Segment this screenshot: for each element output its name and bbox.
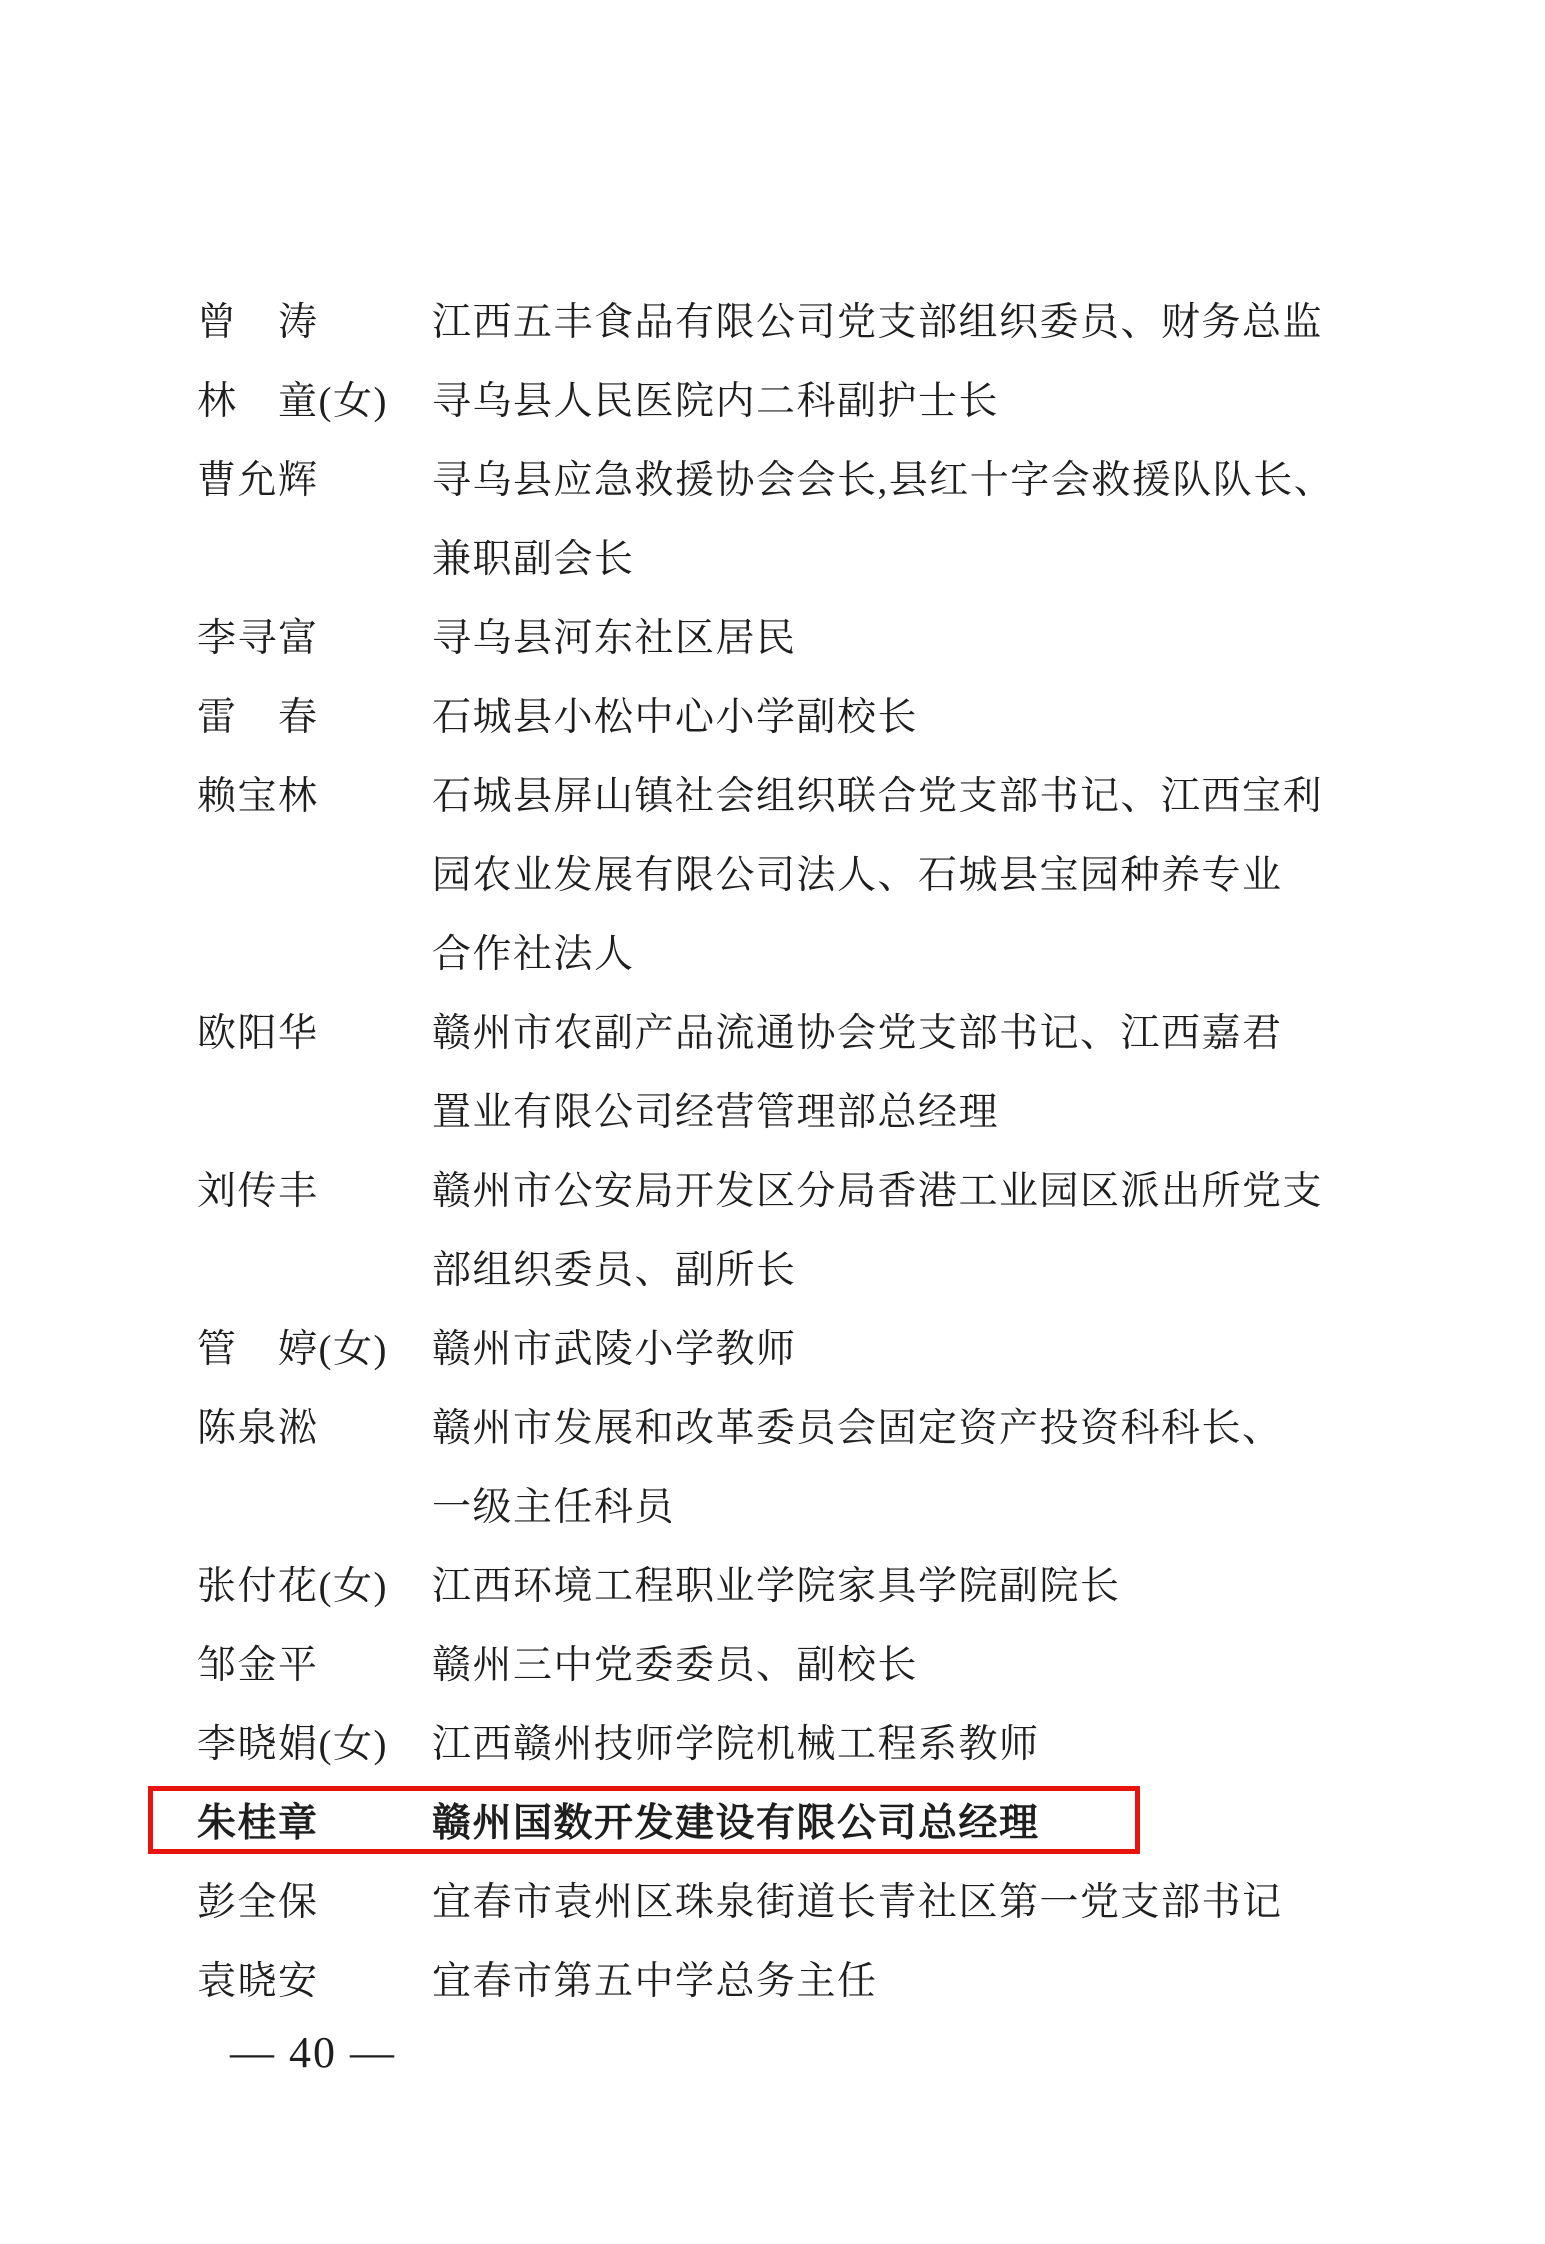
title-line: 赣州市发展和改革委员会固定资产投资科科长、 (432, 1389, 1545, 1468)
person-title: 石城县屏山镇社会组织联合党支部书记、江西宝利园农业发展有限公司法人、石城县宝园种… (432, 757, 1545, 994)
person-title: 赣州市公安局开发区分局香港工业园区派出所党支部组织委员、副所长 (432, 1152, 1545, 1310)
list-entry: 李晓娟(女) 江西赣州技师学院机械工程系教师 (0, 1705, 1545, 1784)
list-entry: 陈泉淞 赣州市发展和改革委员会固定资产投资科科长、一级主任科员 (0, 1389, 1545, 1547)
list-entry: 袁晓安 宜春市第五中学总务主任 (0, 1942, 1545, 2021)
title-line: 石城县小松中心小学副校长 (432, 678, 1545, 757)
person-title: 江西赣州技师学院机械工程系教师 (432, 1705, 1545, 1784)
award-name-list: 曾 涛 江西五丰食品有限公司党支部组织委员、财务总监 林 童(女) 寻乌县人民医… (0, 283, 1545, 2021)
person-title: 江西五丰食品有限公司党支部组织委员、财务总监 (432, 283, 1545, 362)
person-title: 赣州三中党委委员、副校长 (432, 1626, 1545, 1705)
title-line: 置业有限公司经营管理部总经理 (432, 1073, 1545, 1152)
list-entry: 雷 春 石城县小松中心小学副校长 (0, 678, 1545, 757)
list-entry: 刘传丰 赣州市公安局开发区分局香港工业园区派出所党支部组织委员、副所长 (0, 1152, 1545, 1310)
person-title: 赣州市农副产品流通协会党支部书记、江西嘉君置业有限公司经营管理部总经理 (432, 994, 1545, 1152)
person-title: 宜春市袁州区珠泉街道长青社区第一党支部书记 (432, 1863, 1545, 1942)
person-title: 赣州国数开发建设有限公司总经理 (432, 1784, 1545, 1863)
person-title: 宜春市第五中学总务主任 (432, 1942, 1545, 2021)
title-line: 江西环境工程职业学院家具学院副院长 (432, 1547, 1545, 1626)
person-title: 江西环境工程职业学院家具学院副院长 (432, 1547, 1545, 1626)
list-entry: 张付花(女) 江西环境工程职业学院家具学院副院长 (0, 1547, 1545, 1626)
person-name: 彭全保 (197, 1863, 319, 1942)
person-name: 陈泉淞 (197, 1389, 319, 1468)
person-title: 赣州市武陵小学教师 (432, 1310, 1545, 1389)
person-name: 雷 春 (197, 678, 319, 757)
list-entry: 曹允辉 寻乌县应急救援协会会长,县红十字会救援队队长、兼职副会长 (0, 441, 1545, 599)
title-line: 部组织委员、副所长 (432, 1231, 1545, 1310)
list-entry: 赖宝林 石城县屏山镇社会组织联合党支部书记、江西宝利园农业发展有限公司法人、石城… (0, 757, 1545, 994)
list-entry: 曾 涛 江西五丰食品有限公司党支部组织委员、财务总监 (0, 283, 1545, 362)
title-line: 寻乌县河东社区居民 (432, 599, 1545, 678)
person-name: 林 童(女) (197, 362, 388, 441)
list-entry: 欧阳华 赣州市农副产品流通协会党支部书记、江西嘉君置业有限公司经营管理部总经理 (0, 994, 1545, 1152)
person-name: 邹金平 (197, 1626, 319, 1705)
person-title: 赣州市发展和改革委员会固定资产投资科科长、一级主任科员 (432, 1389, 1545, 1547)
person-title: 石城县小松中心小学副校长 (432, 678, 1545, 757)
title-line: 一级主任科员 (432, 1468, 1545, 1547)
title-line: 赣州市武陵小学教师 (432, 1310, 1545, 1389)
list-entry: 彭全保 宜春市袁州区珠泉街道长青社区第一党支部书记 (0, 1863, 1545, 1942)
person-name: 曹允辉 (197, 441, 319, 520)
title-line: 兼职副会长 (432, 520, 1545, 599)
list-entry: 邹金平 赣州三中党委委员、副校长 (0, 1626, 1545, 1705)
person-name: 欧阳华 (197, 994, 319, 1073)
person-name: 李晓娟(女) (197, 1705, 388, 1784)
title-line: 江西赣州技师学院机械工程系教师 (432, 1705, 1545, 1784)
list-entry: 李寻富 寻乌县河东社区居民 (0, 599, 1545, 678)
list-entry: 林 童(女) 寻乌县人民医院内二科副护士长 (0, 362, 1545, 441)
person-name: 赖宝林 (197, 757, 319, 836)
page-number: — 40 — (230, 2025, 396, 2080)
person-name: 李寻富 (197, 599, 319, 678)
title-line: 寻乌县人民医院内二科副护士长 (432, 362, 1545, 441)
person-name: 张付花(女) (197, 1547, 388, 1626)
title-line: 合作社法人 (432, 915, 1545, 994)
person-name: 曾 涛 (197, 283, 319, 362)
title-line: 宜春市第五中学总务主任 (432, 1942, 1545, 2021)
title-line: 宜春市袁州区珠泉街道长青社区第一党支部书记 (432, 1863, 1545, 1942)
person-title: 寻乌县人民医院内二科副护士长 (432, 362, 1545, 441)
person-name: 刘传丰 (197, 1152, 319, 1231)
person-name: 朱桂章 (197, 1784, 319, 1863)
title-line: 园农业发展有限公司法人、石城县宝园种养专业 (432, 836, 1545, 915)
title-line: 赣州国数开发建设有限公司总经理 (432, 1784, 1545, 1863)
list-entry: 朱桂章 赣州国数开发建设有限公司总经理 (0, 1784, 1545, 1863)
document-page: 曾 涛 江西五丰食品有限公司党支部组织委员、财务总监 林 童(女) 寻乌县人民医… (0, 0, 1545, 2244)
title-line: 寻乌县应急救援协会会长,县红十字会救援队队长、 (432, 441, 1545, 520)
title-line: 赣州三中党委委员、副校长 (432, 1626, 1545, 1705)
title-line: 石城县屏山镇社会组织联合党支部书记、江西宝利 (432, 757, 1545, 836)
person-name: 管 婷(女) (197, 1310, 388, 1389)
title-line: 赣州市公安局开发区分局香港工业园区派出所党支 (432, 1152, 1545, 1231)
title-line: 赣州市农副产品流通协会党支部书记、江西嘉君 (432, 994, 1545, 1073)
person-name: 袁晓安 (197, 1942, 319, 2021)
title-line: 江西五丰食品有限公司党支部组织委员、财务总监 (432, 283, 1545, 362)
person-title: 寻乌县河东社区居民 (432, 599, 1545, 678)
person-title: 寻乌县应急救援协会会长,县红十字会救援队队长、兼职副会长 (432, 441, 1545, 599)
list-entry: 管 婷(女) 赣州市武陵小学教师 (0, 1310, 1545, 1389)
